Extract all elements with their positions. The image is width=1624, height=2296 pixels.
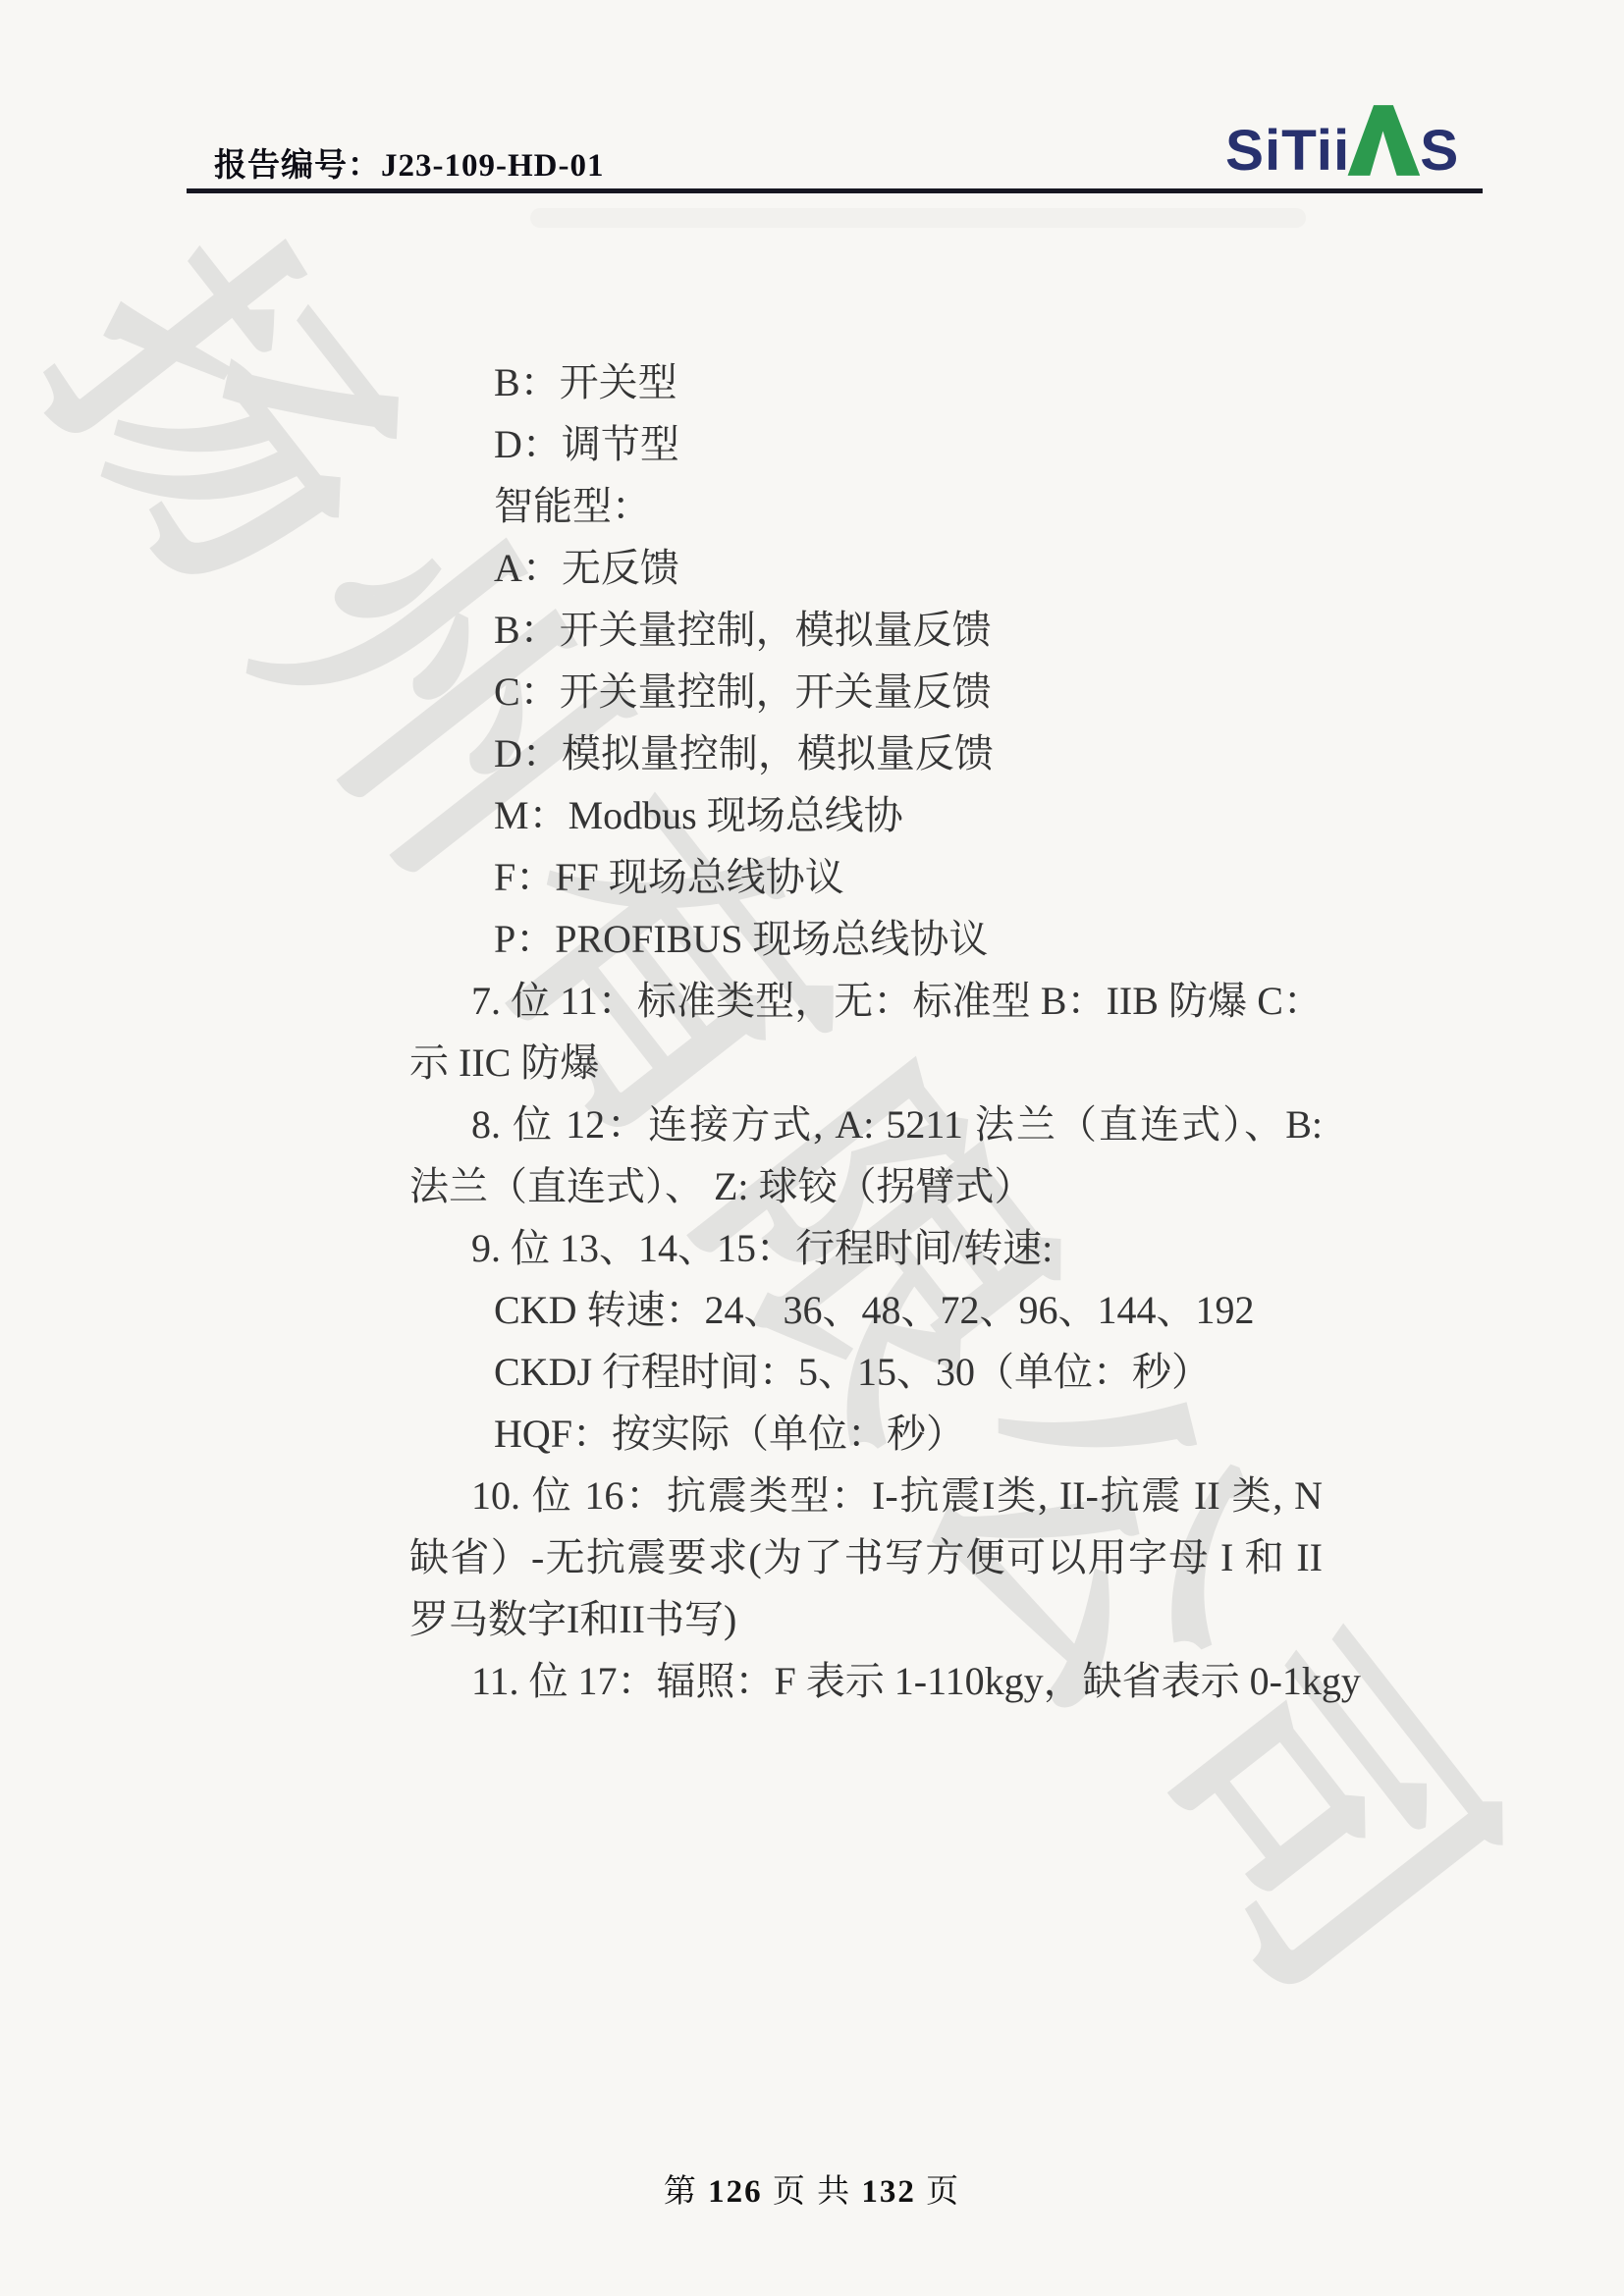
page-footer: 第 126 页 共 132 页 [0,2165,1624,2212]
footer-suffix: 页 [926,2174,960,2210]
scan-artifact [530,208,1306,228]
logo-text-left: SiTii [1225,119,1350,181]
footer-total-pages: 132 [861,2174,916,2210]
document-page: 扬州有限公司 报告编号：J23-109-HD-01 SiTii S B：开关型 … [0,0,1624,2296]
body-line: 8. 位 12：连接方式, A: 5211 法兰（直连式）、B: 2920 [409,1094,1323,1155]
body-line: F：FF 现场总线协议 [409,846,1323,908]
body-line: 智能型： [409,475,1323,537]
body-line: 示 IIC 防爆 [409,1032,1323,1094]
body-line: 10. 位 16：抗震类型：I-抗震I类, II-抗震 II 类, N（或 [409,1465,1323,1526]
body-line: 法兰（直连式）、 Z: 球铰（拐臂式） [409,1155,1323,1217]
body-line: HQF：按实际（单位：秒） [409,1403,1323,1465]
body-line: C：开关量控制，开关量反馈 [409,661,1323,722]
body-line: 7. 位 11：标准类型，无：标准型 B：IIB 防爆 C：表 [409,970,1323,1032]
report-number-label: 报告编号：J23-109-HD-01 [214,139,604,186]
body-line: M：Modbus 现场总线协 [409,784,1323,846]
footer-middle: 页 共 [773,2174,851,2210]
body-line: A：无反馈 [409,537,1323,599]
logo-text-right: S [1420,119,1457,181]
body-line: 缺省）-无抗震要求(为了书写方便可以用字母 I 和 II 替代 [409,1526,1323,1588]
body-line: D：调节型 [409,413,1323,475]
sitiias-logo: SiTii S [1225,100,1457,181]
body-line: 9. 位 13、14、15：行程时间/转速: [409,1217,1323,1279]
body-line: CKD 转速：24、36、48、72、96、144、192 [409,1279,1323,1341]
body-text: B：开关型 D：调节型 智能型： A：无反馈 B：开关量控制，模拟量反馈 C：开… [409,351,1323,1712]
logo-a-triangle [1348,105,1421,176]
body-line: D：模拟量控制，模拟量反馈 [409,722,1323,784]
body-line: P：PROFIBUS 现场总线协议 [409,908,1323,970]
body-line: CKDJ 行程时间：5、15、30（单位：秒） [409,1341,1323,1403]
header-divider [187,188,1483,193]
body-line: 11. 位 17：辐照：F 表示 1-110kgy，缺省表示 0-1kgy [409,1650,1323,1712]
footer-prefix: 第 [664,2174,698,2210]
footer-page-number: 126 [708,2174,763,2210]
body-line: B：开关型 [409,351,1323,413]
body-line: 罗马数字I和II书写) [409,1588,1323,1650]
body-line: B：开关量控制，模拟量反馈 [409,599,1323,661]
